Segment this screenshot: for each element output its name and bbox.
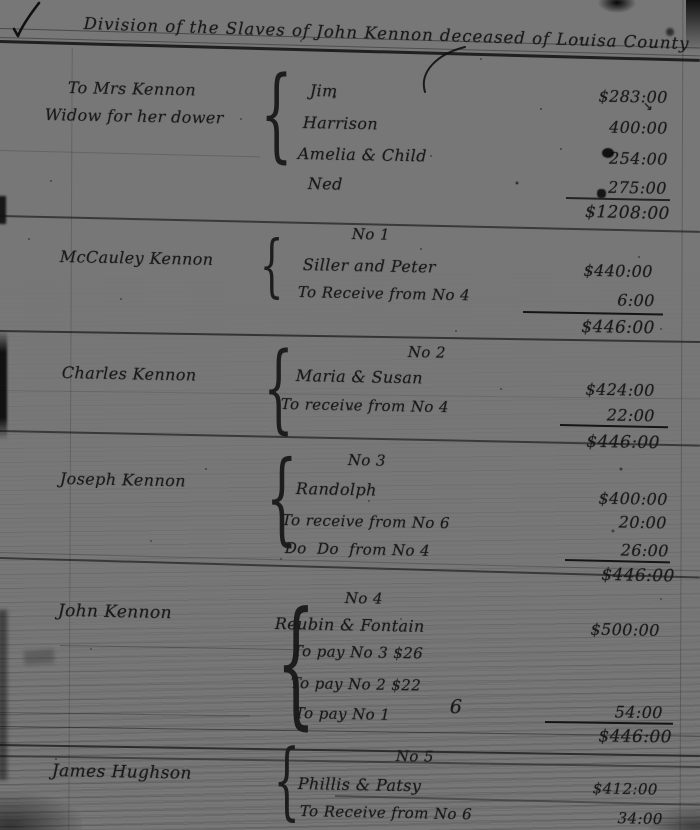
grouping-brace: { <box>266 448 298 548</box>
item-amount: 275:00 <box>572 178 667 197</box>
section-total: $1208:00 <box>545 202 670 224</box>
item-amount: 22:00 <box>588 406 655 425</box>
ruled-line <box>0 712 250 716</box>
item-name: Amelia & Child <box>298 145 427 165</box>
item-amount: $440:00 <box>543 261 653 281</box>
item-amount: 34:00 <box>608 810 663 828</box>
item-name: To pay No 1 <box>295 705 391 723</box>
recipient-name: To Mrs Kennon <box>68 79 197 99</box>
margin-rule <box>68 48 72 830</box>
sum-underline <box>545 721 673 725</box>
item-amount: $400:00 <box>568 489 668 509</box>
recipient-name: Charles Kennon <box>62 364 197 384</box>
item-name: Maria & Susan <box>296 367 423 387</box>
item-amount: 400:00 <box>578 118 668 137</box>
item-amount: $283:00 <box>573 87 668 106</box>
scan-smudge <box>598 0 636 13</box>
section-heading: No 3 <box>348 452 386 469</box>
grouping-brace: { <box>260 233 284 301</box>
grouping-brace: { <box>263 340 294 436</box>
item-amount: 20:00 <box>592 513 667 532</box>
check-mark <box>6 0 46 40</box>
item-amount: $412:00 <box>578 780 658 798</box>
item-name: To pay No 2 $22 <box>291 675 422 694</box>
item-amount: 26:00 <box>594 541 669 560</box>
section-subtotal: 54:00 <box>598 703 663 722</box>
item-name: Ned <box>308 175 343 193</box>
item-name: Do Do from No 4 <box>285 540 430 559</box>
section-heading: No 4 <box>345 590 383 607</box>
scan-smudge <box>24 649 55 665</box>
section-heading: No 2 <box>408 344 446 361</box>
item-amount: $500:00 <box>560 620 660 640</box>
item-name: Phillis & Patsy <box>298 775 422 795</box>
ruled-line <box>0 150 260 157</box>
item-name: Randolph <box>296 480 377 499</box>
section-total: $446:00 <box>552 432 660 453</box>
item-name: To receive from No 4 <box>281 396 449 416</box>
item-name: Harrison <box>303 114 379 133</box>
scan-smudge <box>0 330 7 440</box>
item-name: Jim <box>310 82 338 100</box>
grouping-brace: { <box>260 64 292 166</box>
item-name: To receive from No 6 <box>282 512 450 532</box>
item-amount: $424:00 <box>552 380 655 400</box>
recipient-name: James Hughson <box>52 762 192 783</box>
sum-underline <box>566 197 670 201</box>
grouping-brace: { <box>273 738 300 822</box>
section-total: $446:00 <box>527 317 655 338</box>
item-name: To Receive from No 6 <box>300 803 473 823</box>
item-name: Siller and Peter <box>303 256 436 276</box>
section-heading: No 5 <box>396 748 434 765</box>
section-total: $446:00 <box>570 565 675 586</box>
scan-smudge <box>0 196 6 224</box>
section-total: $446:00 <box>572 727 672 747</box>
item-name: To Receive from No 4 <box>298 284 471 304</box>
arrow-mark: ↘ <box>643 100 654 113</box>
recipient-name: John Kennon <box>58 602 172 623</box>
item-name: To pay No 3 $26 <box>293 643 424 662</box>
page-title: Division of the Slaves of John Kennon de… <box>83 15 689 53</box>
paper-specks <box>0 0 2 2</box>
recipient-name: Joseph Kennon <box>60 470 186 490</box>
item-amount: 6 <box>450 697 463 718</box>
scan-smudge <box>0 792 82 830</box>
recipient-role: Widow for her dower <box>45 106 224 127</box>
sum-underline <box>523 311 663 315</box>
item-amount: 6:00 <box>590 291 655 310</box>
scanned-ledger-page: Division of the Slaves of John Kennon de… <box>0 0 700 830</box>
margin-rule <box>680 0 684 830</box>
item-amount: 254:00 <box>578 149 668 168</box>
scan-smudge <box>0 610 7 780</box>
item-name: Reubin & Fontain <box>275 615 425 635</box>
ruled-line <box>60 645 310 650</box>
pen-flourish <box>415 44 470 94</box>
section-heading: No 1 <box>352 226 390 243</box>
recipient-name: McCauley Kennon <box>60 248 214 269</box>
